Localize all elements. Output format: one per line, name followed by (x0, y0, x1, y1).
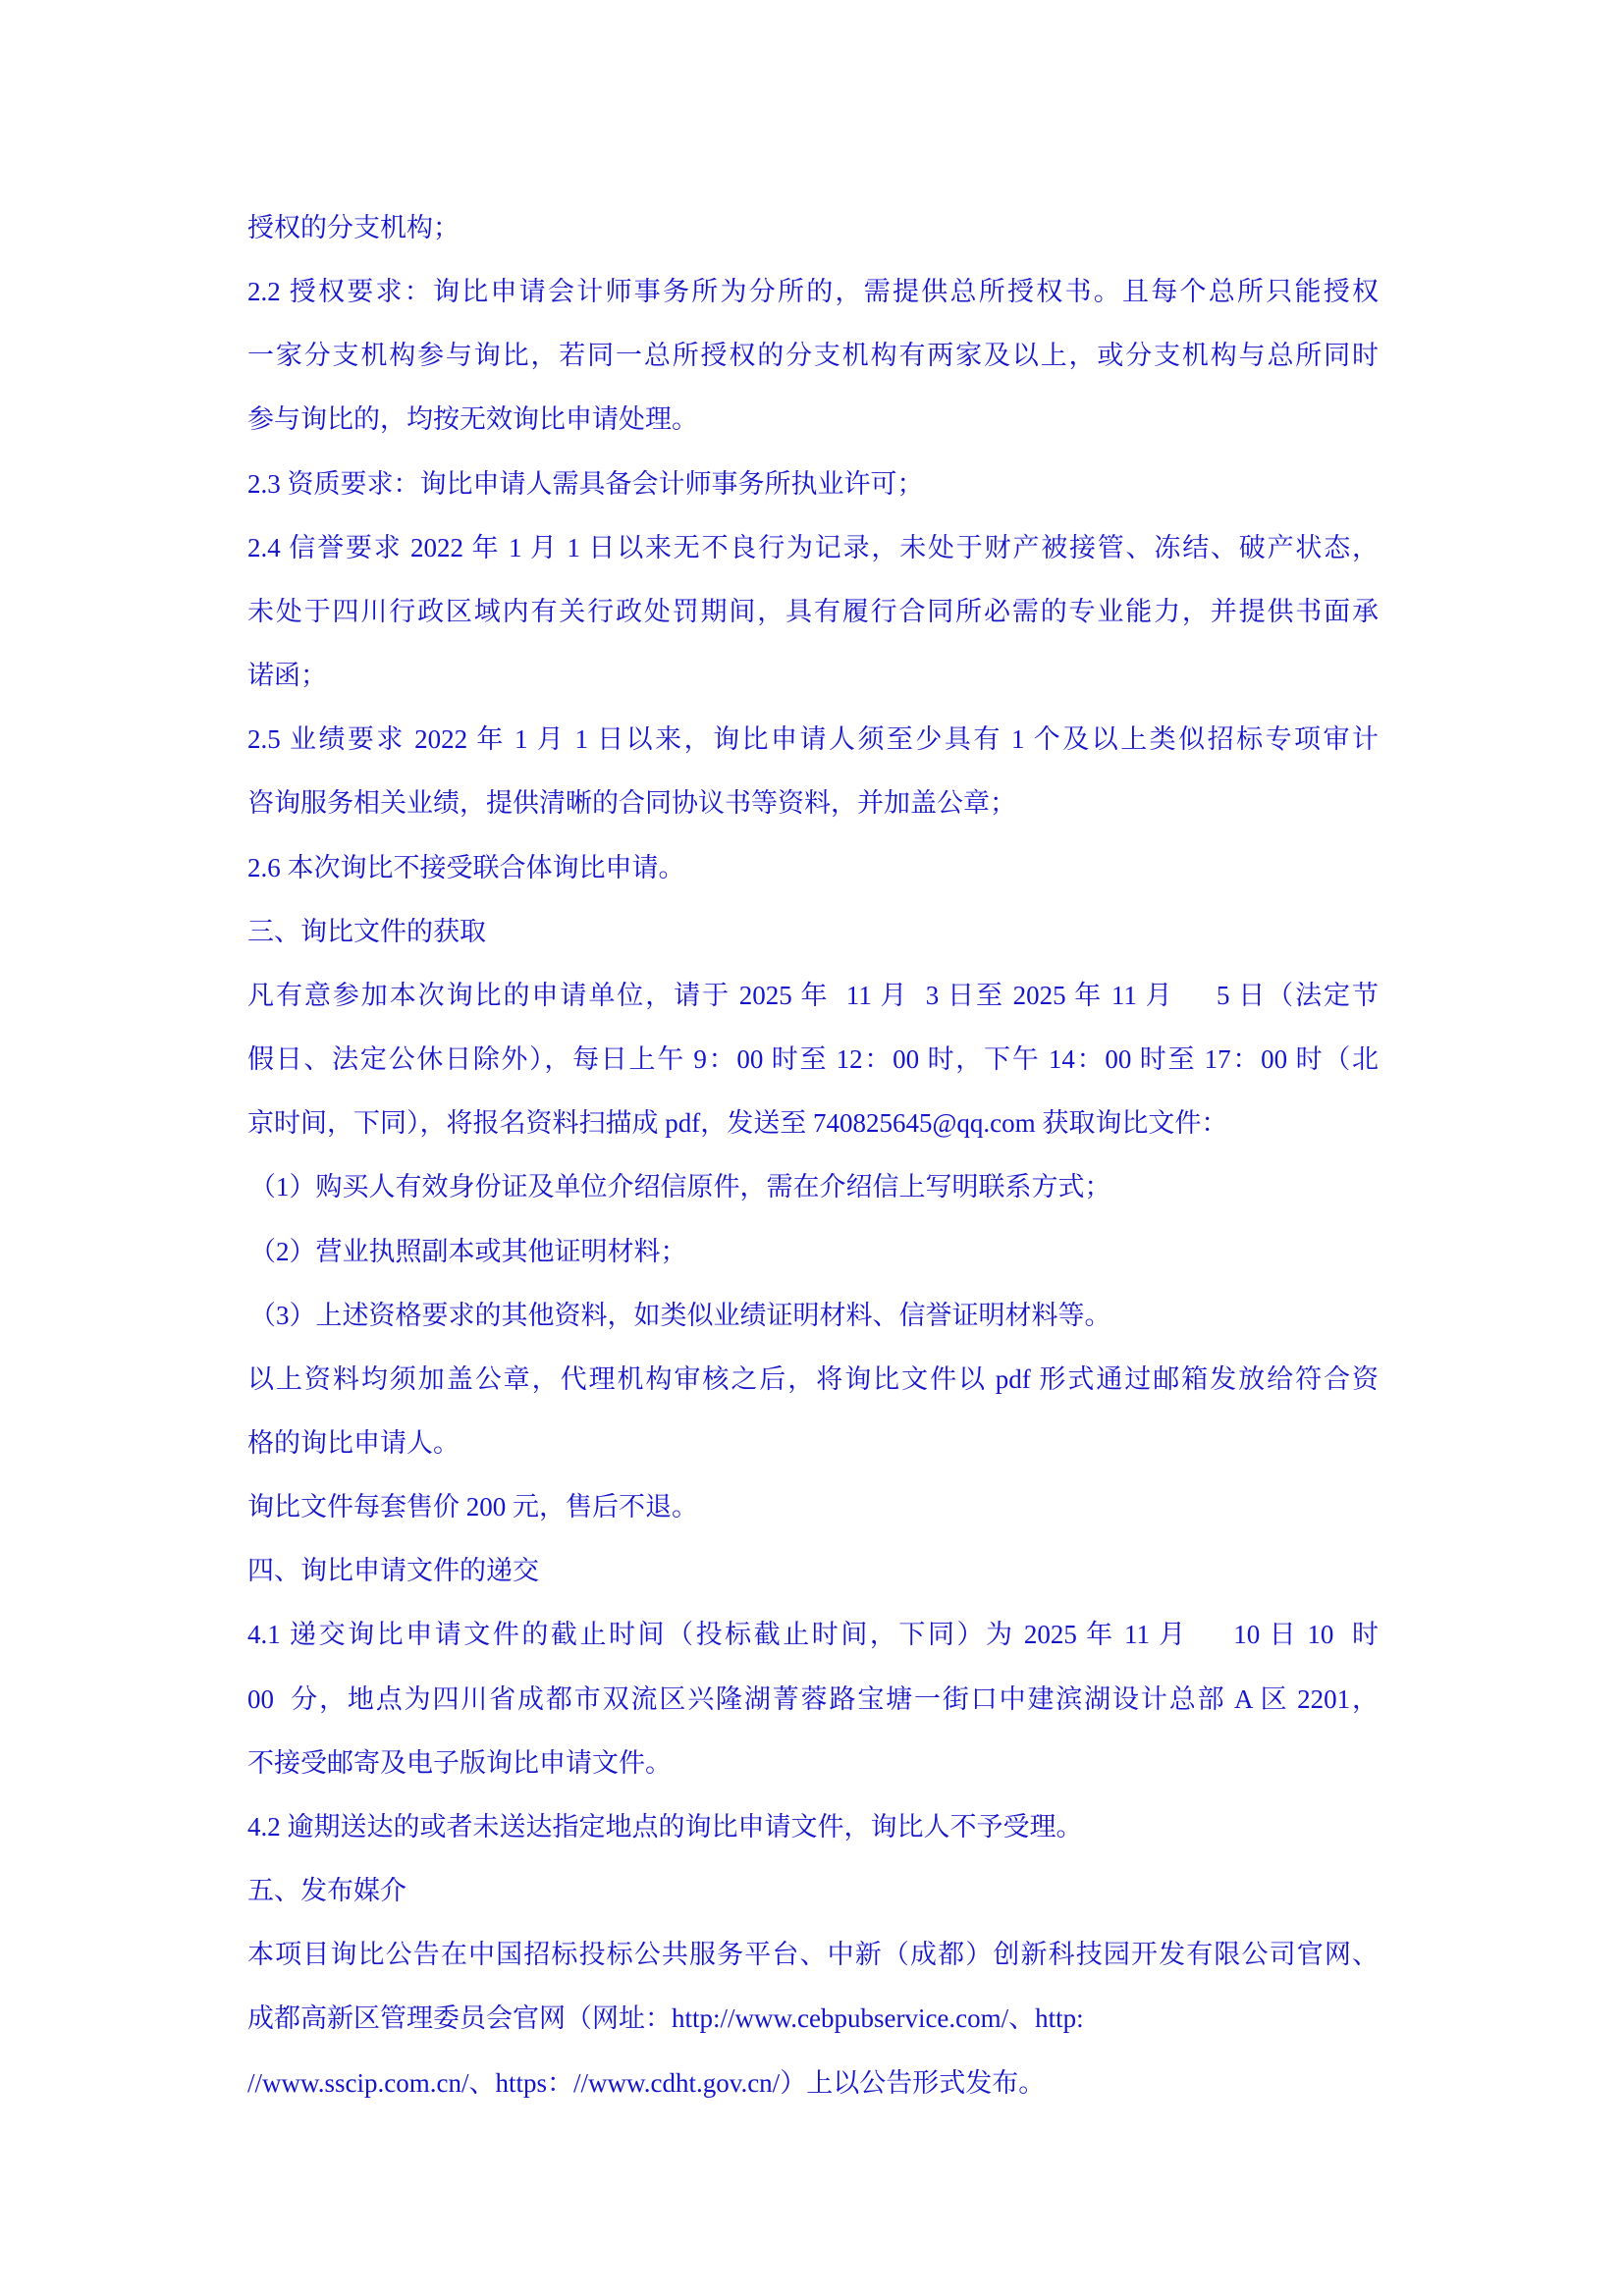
clause-2-3-qualification: 2.3 资质要求：询比申请人需具备会计师事务所执业许可； (247, 464, 1379, 528)
clause-2-4-continuation-1: 未处于四川行政区域内有关行政处罚期间，具有履行合同所必需的专业能力，并提供书面承 (247, 592, 1379, 656)
clause-2-4-credit: 2.4 信誉要求 2022 年 1 月 1 日以来无不良行为记录，未处于财产被接… (247, 528, 1379, 592)
media-line-3-urls: //www.sscip.com.cn/、https：//www.cdht.gov… (247, 2063, 1379, 2127)
clause-2-2-continuation-2: 参与询比的，均按无效询比申请处理。 (247, 400, 1379, 463)
obtain-period-line-1: 凡有意参加本次询比的申请单位，请于 2025 年 11 月 3 日至 2025 … (247, 976, 1379, 1040)
document-price: 询比文件每套售价 200 元，售后不退。 (247, 1487, 1379, 1551)
obtain-period-line-2: 假日、法定公休日除外），每日上午 9：00 时至 12：00 时，下午 14：0… (247, 1040, 1379, 1103)
clause-2-2-authorization: 2.2 授权要求：询比申请会计师事务所为分所的，需提供总所授权书。且每个总所只能… (247, 272, 1379, 336)
clause-4-1-no-mail: 不接受邮寄及电子版询比申请文件。 (247, 1743, 1379, 1807)
media-line-2-urls: 成都高新区管理委员会官网（网址：http://www.cebpubservice… (247, 1999, 1379, 2062)
list-item-1-id-and-letter: （1）购买人有效身份证及单位介绍信原件，需在介绍信上写明联系方式； (247, 1167, 1379, 1231)
list-item-3-other-materials: （3）上述资格要求的其他资料，如类似业绩证明材料、信誉证明材料等。 (247, 1296, 1379, 1360)
clause-4-1-deadline: 4.1 递交询比申请文件的截止时间（投标截止时间，下同）为 2025 年 11 … (247, 1615, 1379, 1679)
list-item-2-business-license: （2）营业执照副本或其他证明材料； (247, 1232, 1379, 1296)
document-page: 授权的分支机构； 2.2 授权要求：询比申请会计师事务所为分所的，需提供总所授权… (0, 0, 1624, 2296)
section-heading-5-media: 五、发布媒介 (247, 1871, 1379, 1935)
media-line-1: 本项目询比公告在中国招标投标公共服务平台、中新（成都）创新科技园开发有限公司官网… (247, 1935, 1379, 1999)
clause-2-6-no-consortium: 2.6 本次询比不接受联合体询比申请。 (247, 848, 1379, 912)
stamp-requirement-line-1: 以上资料均须加盖公章，代理机构审核之后，将询比文件以 pdf 形式通过邮箱发放给… (247, 1360, 1379, 1423)
clause-2-4-continuation-2: 诺函； (247, 656, 1379, 720)
section-heading-3-obtain-documents: 三、询比文件的获取 (247, 912, 1379, 976)
clause-4-2-late-submission: 4.2 逾期送达的或者未送达指定地点的询比申请文件，询比人不予受理。 (247, 1807, 1379, 1871)
stamp-requirement-line-2: 格的询比申请人。 (247, 1423, 1379, 1487)
clause-2-2-continuation-1: 一家分支机构参与询比，若同一总所授权的分支机构有两家及以上，或分支机构与总所同时 (247, 336, 1379, 400)
clause-2-5-performance: 2.5 业绩要求 2022 年 1 月 1 日以来，询比申请人须至少具有 1 个… (247, 720, 1379, 783)
section-heading-4-submission: 四、询比申请文件的递交 (247, 1551, 1379, 1615)
clause-2-5-continuation: 咨询服务相关业绩，提供清晰的合同协议书等资料，并加盖公章； (247, 783, 1379, 847)
document-body: 授权的分支机构； 2.2 授权要求：询比申请会计师事务所为分所的，需提供总所授权… (247, 208, 1379, 2127)
obtain-period-line-3-email: 京时间，下同），将报名资料扫描成 pdf，发送至 740825645@qq.co… (247, 1103, 1379, 1167)
line-authorized-branch: 授权的分支机构； (247, 208, 1379, 272)
clause-4-1-location: 00 分，地点为四川省成都市双流区兴隆湖菁蓉路宝塘一街口中建滨湖设计总部 A 区… (247, 1680, 1379, 1743)
